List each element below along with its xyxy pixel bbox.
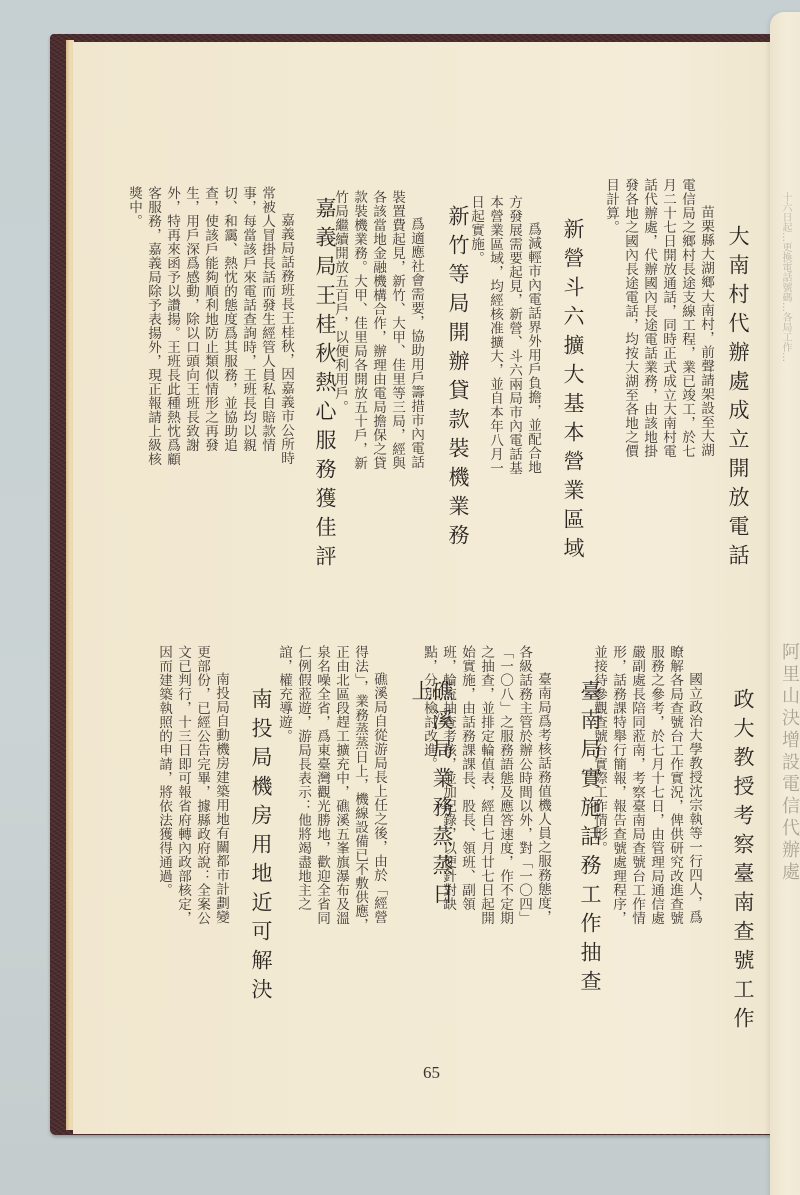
article-body: 苗栗縣大湖鄉大南村，前聲請架設至大湖電信局之鄉村長途支線工程，業已竣工，於七月二…: [601, 178, 715, 468]
article-nantou-land: 南投局機房用地近可解決: [236, 688, 271, 1048]
article-body: 爲適應社會需要，協助用戶籌措市內電話裝置費起見，新竹、大甲、佳里等三局，經與各該…: [330, 190, 425, 480]
next-page-curl: 十六日起…更換電話號碼…各局工作… 阿里山決增設電信代辦處: [770, 12, 800, 1195]
next-page-bleed-headline: 阿里山決增設電信代辦處: [776, 642, 800, 942]
article-body: 爲減輕市內電話界外用戶負擔，並配合地方發展需要起見，新營、斗六兩局市內電話基本營…: [466, 195, 542, 485]
article-hsinchu-body: 爲適應社會需要，協助用戶籌措市內電話裝置費起見，新竹、大甲、佳里等三局，經與各該…: [335, 190, 425, 490]
article-nccu-body: 國立政治大學教授沈宗執等一行四人，爲瞭解各局查號台工作實況，俾供研究改進查號服務…: [585, 645, 703, 945]
article-hsinchu-loans: 新竹等局開辦貸款裝機業務: [433, 205, 468, 585]
article-body: 礁溪局自從游局長上任之後，由於「經營得法」，業務蒸蒸日上，機線設備已不敷供應，正…: [274, 645, 388, 935]
next-page-bleed-text: 十六日起…更換電話號碼…各局工作…: [780, 192, 791, 472]
article-nccu-inspection: 政大教授考察臺南查號工作: [718, 688, 753, 1068]
article-body: 南投局自動機房建築用地有關都市計劃變更部份，已經公告完畢，據縣政府說：全案公文已…: [154, 645, 230, 935]
article-nantou-body: 南投局自動機房建築用地有關都市計劃變更部份，已經公告完畢，據縣政府說：全案公文已…: [140, 645, 230, 945]
article-headline: 礁溪局業務蒸蒸日上: [410, 680, 452, 940]
article-headline: 政大教授考察臺南查號工作: [732, 688, 753, 1068]
article-xinying-douliu: 新營斗六擴大基本營業區域: [548, 218, 583, 588]
article-danan-village: 大南村代辦處成立開放電話: [713, 225, 748, 585]
article-headline: 南投局機房用地近可解決: [250, 688, 271, 1048]
article-body: 嘉義局話務班長王桂秋，因嘉義市公所時常被人冒掛長話而發生經管人員私自賠款情事，每…: [124, 186, 295, 476]
article-headline: 嘉義局王桂秋熱心服務獲佳評: [314, 197, 335, 577]
article-chiayi-body: 嘉義局話務班長王桂秋，因嘉義市公所時常被人冒掛長話而發生經管人員私自賠款情事，每…: [140, 186, 295, 486]
article-jiaoxi-body: 礁溪局自從游局長上任之後，由於「經營得法」，業務蒸蒸日上，機線設備已不敷供應，正…: [268, 645, 388, 945]
article-headline: 新營斗六擴大基本營業區域: [562, 218, 583, 588]
article-xinying-body: 爲減輕市內電話界外用戶負擔，並配合地方發展需要起見，新營、斗六兩局市內電話基本營…: [472, 195, 542, 495]
article-tainan-spotcheck: 臺南局實施話務工作抽查: [565, 680, 600, 1050]
article-chiayi-wang: 嘉義局王桂秋熱心服務獲佳評: [300, 197, 335, 577]
article-body: 國立政治大學教授沈宗執等一行四人，爲瞭解各局查號台工作實況，俾供研究改進查號服務…: [589, 645, 703, 935]
article-danan-body: 苗栗縣大湖鄉大南村，前聲請架設至大湖電信局之鄉村長途支線工程，業已竣工，於七月二…: [605, 178, 715, 558]
article-jiaoxi-business: 礁溪局業務蒸蒸日上: [396, 680, 452, 940]
article-headline: 臺南局實施話務工作抽查: [579, 680, 600, 1050]
article-headline: 大南村代辦處成立開放電話: [727, 225, 748, 585]
article-headline: 新竹等局開辦貸款裝機業務: [447, 205, 468, 585]
page-number: 65: [423, 1063, 440, 1083]
